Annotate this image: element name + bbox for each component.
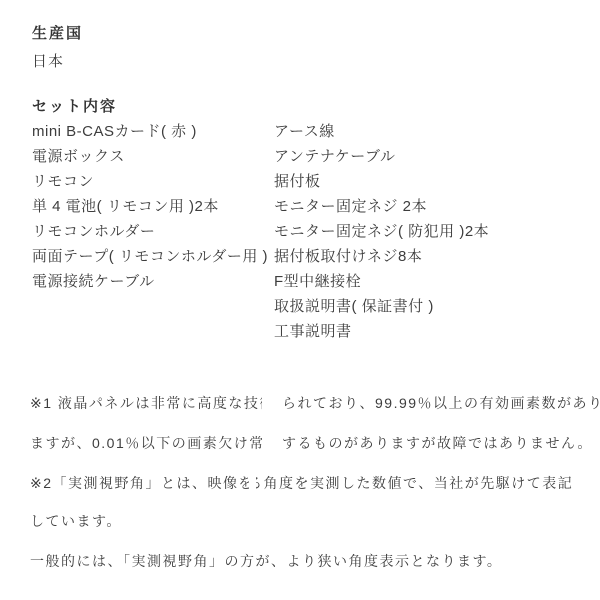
footnote-2-line-1-right-text: る角度を実測した数値で、当社が先駆けて表記	[256, 475, 573, 492]
footnote-1-line-2-right: するものがありますが故障ではありません。	[282, 435, 593, 452]
footnote-2-line-1-right: る角度を実測した数値で、当社が先駆けて表記	[256, 475, 586, 492]
footnote-1-line-1-left: ※1 液晶パネルは非常に高度な技術で	[30, 395, 262, 412]
set-contents-row: 電源ボックス アンテナケーブル	[32, 144, 572, 169]
production-country-value: 日本	[32, 50, 64, 71]
footnote-1-line-1-right: られており、99.99％以上の有効画素数があり	[282, 395, 600, 412]
set-item: リモコンホルダー	[32, 219, 274, 244]
set-item: アンテナケーブル	[274, 144, 572, 169]
set-contents-row: 両面テープ( リモコンホルダー用 ) 据付板取付けネジ8本	[32, 244, 572, 269]
set-item: 電源ボックス	[32, 144, 274, 169]
set-item: 両面テープ( リモコンホルダー用 )	[32, 244, 274, 269]
set-item: 据付板	[274, 169, 572, 194]
set-item: mini B-CASカード( 赤 )	[32, 119, 274, 144]
set-contents-row: 電源接続ケーブル F型中継接栓	[32, 269, 572, 294]
set-item: モニター固定ネジ 2本	[274, 194, 572, 219]
set-item: リモコン	[32, 169, 274, 194]
set-contents-row: 取扱説明書( 保証書付 )	[32, 294, 572, 319]
set-contents-heading: セット内容	[32, 95, 117, 116]
set-contents-row: リモコン 据付板	[32, 169, 572, 194]
set-contents-row: mini B-CASカード( 赤 ) アース線	[32, 119, 572, 144]
set-item: アース線	[274, 119, 572, 144]
set-contents-row: 工事説明書	[32, 319, 572, 344]
set-item: 取扱説明書( 保証書付 )	[274, 294, 572, 319]
set-contents-table: mini B-CASカード( 赤 ) アース線 電源ボックス アンテナケーブル …	[32, 119, 572, 344]
set-item	[32, 319, 274, 344]
production-country-heading: 生産国	[32, 22, 83, 43]
set-item	[32, 294, 274, 319]
set-contents-row: リモコンホルダー モニター固定ネジ( 防犯用 )2本	[32, 219, 572, 244]
set-item: 据付板取付けネジ8本	[274, 244, 572, 269]
footnote-2-line-2: しています。	[30, 513, 122, 530]
set-contents-row: 単 4 電池( リモコン用 )2本 モニター固定ネジ 2本	[32, 194, 572, 219]
set-item: 工事説明書	[274, 319, 572, 344]
set-item: モニター固定ネジ( 防犯用 )2本	[274, 219, 572, 244]
set-item: F型中継接栓	[274, 269, 572, 294]
product-spec-page: 生産国 日本 セット内容 mini B-CASカード( 赤 ) アース線 電源ボ…	[0, 0, 600, 600]
footnote-3: 一般的には、「実測視野角」の方が、より狭い角度表示となります。	[30, 553, 502, 570]
set-item: 電源接続ケーブル	[32, 269, 274, 294]
set-item: 単 4 電池( リモコン用 )2本	[32, 194, 274, 219]
footnote-2-line-1-left: ※2「実測視野角」とは、映像を視認でき	[30, 475, 249, 492]
footnote-1-line-2-left: ますが、0.01％以下の画素欠け常時点	[30, 435, 262, 452]
